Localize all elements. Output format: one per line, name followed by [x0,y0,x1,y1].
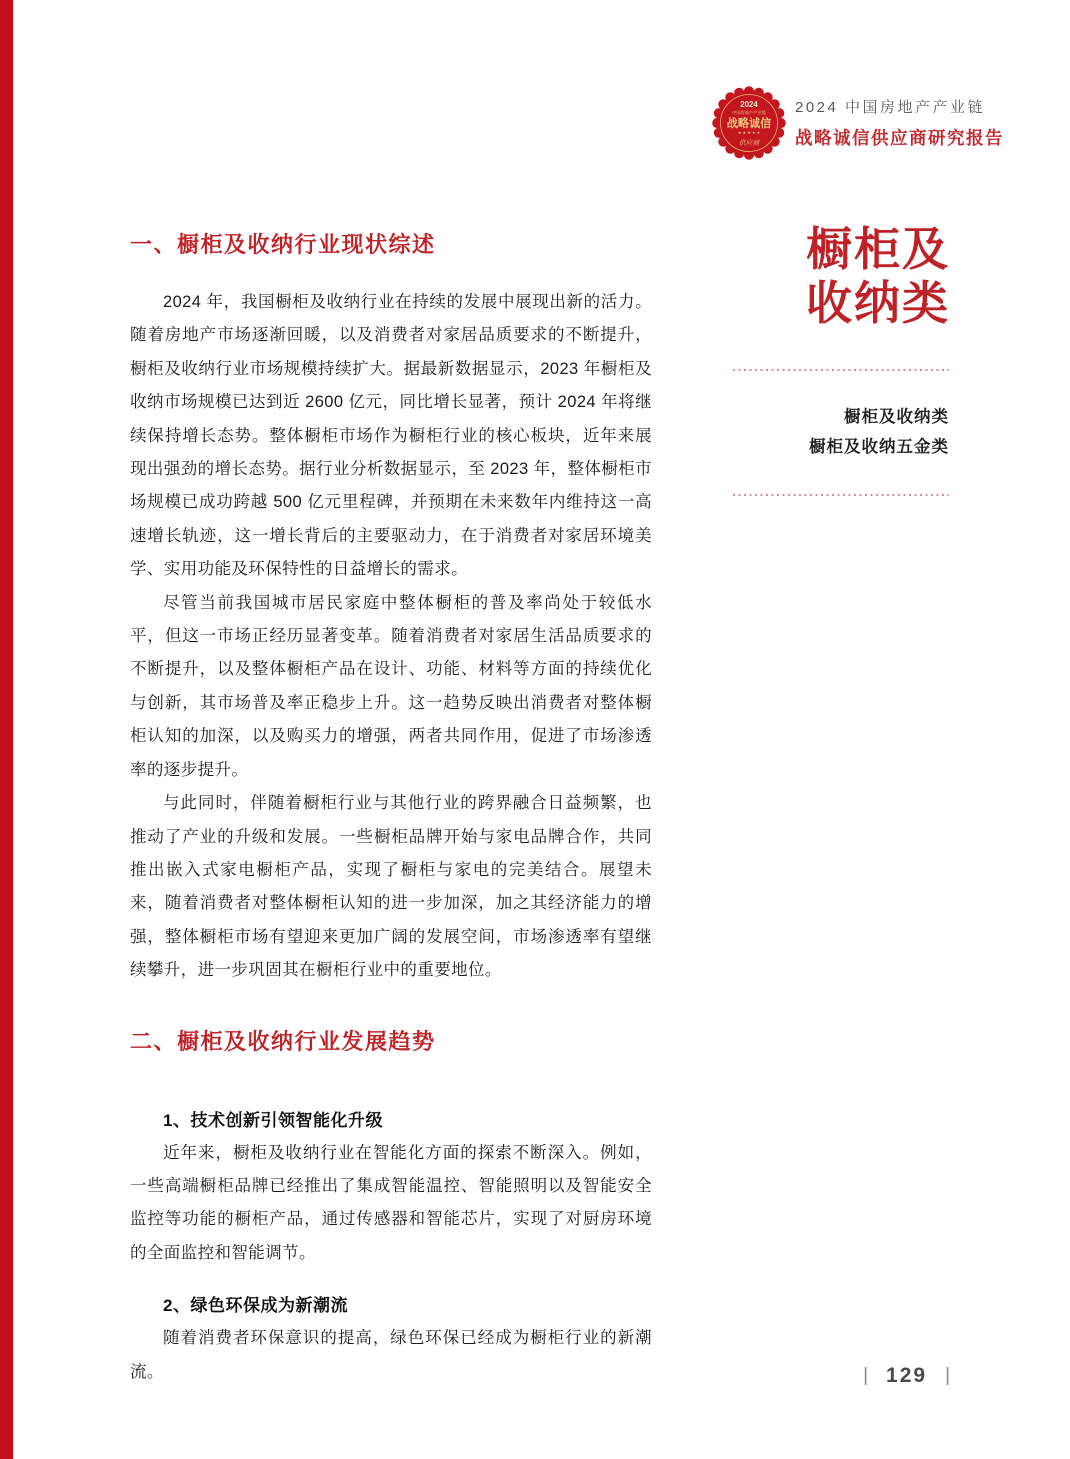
page-number-left-bar: | [863,1365,868,1387]
seal-year: 2024 [740,100,758,109]
subsection2-paragraph: 随着消费者环保意识的提高，绿色环保已经成为橱柜行业的新潮流。 [130,1322,652,1389]
chapter-toc: 橱柜及收纳类 橱柜及收纳五金类 [809,402,949,462]
page-number-value: 129 [886,1364,927,1388]
section1-paragraph-3: 与此同时，伴随着橱柜行业与其他行业的跨界融合日益频繁，也推动了产业的升级和发展。… [130,787,652,987]
subsection2-title: 2、绿色环保成为新潮流 [163,1291,652,1316]
section1-paragraph-1: 2024 年，我国橱柜及收纳行业在持续的发展中展现出新的活力。随着房地产市场逐渐… [130,286,652,587]
chapter-category-title-line1: 橱柜及 [806,222,950,276]
report-header: 2024 中国房地产产业链 战略诚信 ★ ★ ★ ★ ★ 供应商 2024 中国… [712,86,1004,160]
main-content: 一、橱柜及收纳行业现状综述 2024 年，我国橱柜及收纳行业在持续的发展中展现出… [130,228,652,1389]
report-header-text: 2024 中国房地产产业链 战略诚信供应商研究报告 [795,86,1004,150]
dotted-divider-top [733,369,949,371]
chapter-category-title: 橱柜及 收纳类 [806,222,950,330]
report-series-line: 2024 中国房地产产业链 [795,96,1004,117]
strategic-integrity-seal-icon: 2024 中国房地产产业链 战略诚信 ★ ★ ★ ★ ★ 供应商 [712,86,786,160]
subsection1-title: 1、技术创新引领智能化升级 [163,1106,652,1131]
section1-paragraph-2: 尽管当前我国城市居民家庭中整体橱柜的普及率尚处于较低水平，但这一市场正经历显著变… [130,587,652,787]
seal-main-text: 战略诚信 [727,116,772,130]
page-number-right-bar: | [945,1365,950,1387]
left-accent-bar [0,0,13,1459]
section2-heading: 二、橱柜及收纳行业发展趋势 [130,1025,652,1056]
subsection1-paragraph: 近年来，橱柜及收纳行业在智能化方面的探索不断深入。例如，一些高端橱柜品牌已经推出… [130,1137,652,1271]
report-title-line: 战略诚信供应商研究报告 [795,125,1004,150]
seal-org-line: 中国房地产产业链 [732,109,767,116]
dotted-divider-bottom [733,494,949,496]
chapter-category-title-line2: 收纳类 [806,276,950,330]
section1-heading: 一、橱柜及收纳行业现状综述 [130,228,652,259]
report-page: 2024 中国房地产产业链 战略诚信 ★ ★ ★ ★ ★ 供应商 2024 中国… [0,0,1070,1459]
page-number: | 129 | [863,1364,950,1388]
seal-stars: ★ ★ ★ ★ ★ [738,130,761,135]
seal-bottom-text: 供应商 [739,139,761,147]
toc-item-cabinet-storage-hardware: 橱柜及收纳五金类 [809,432,949,462]
toc-item-cabinet-storage: 橱柜及收纳类 [809,402,949,432]
